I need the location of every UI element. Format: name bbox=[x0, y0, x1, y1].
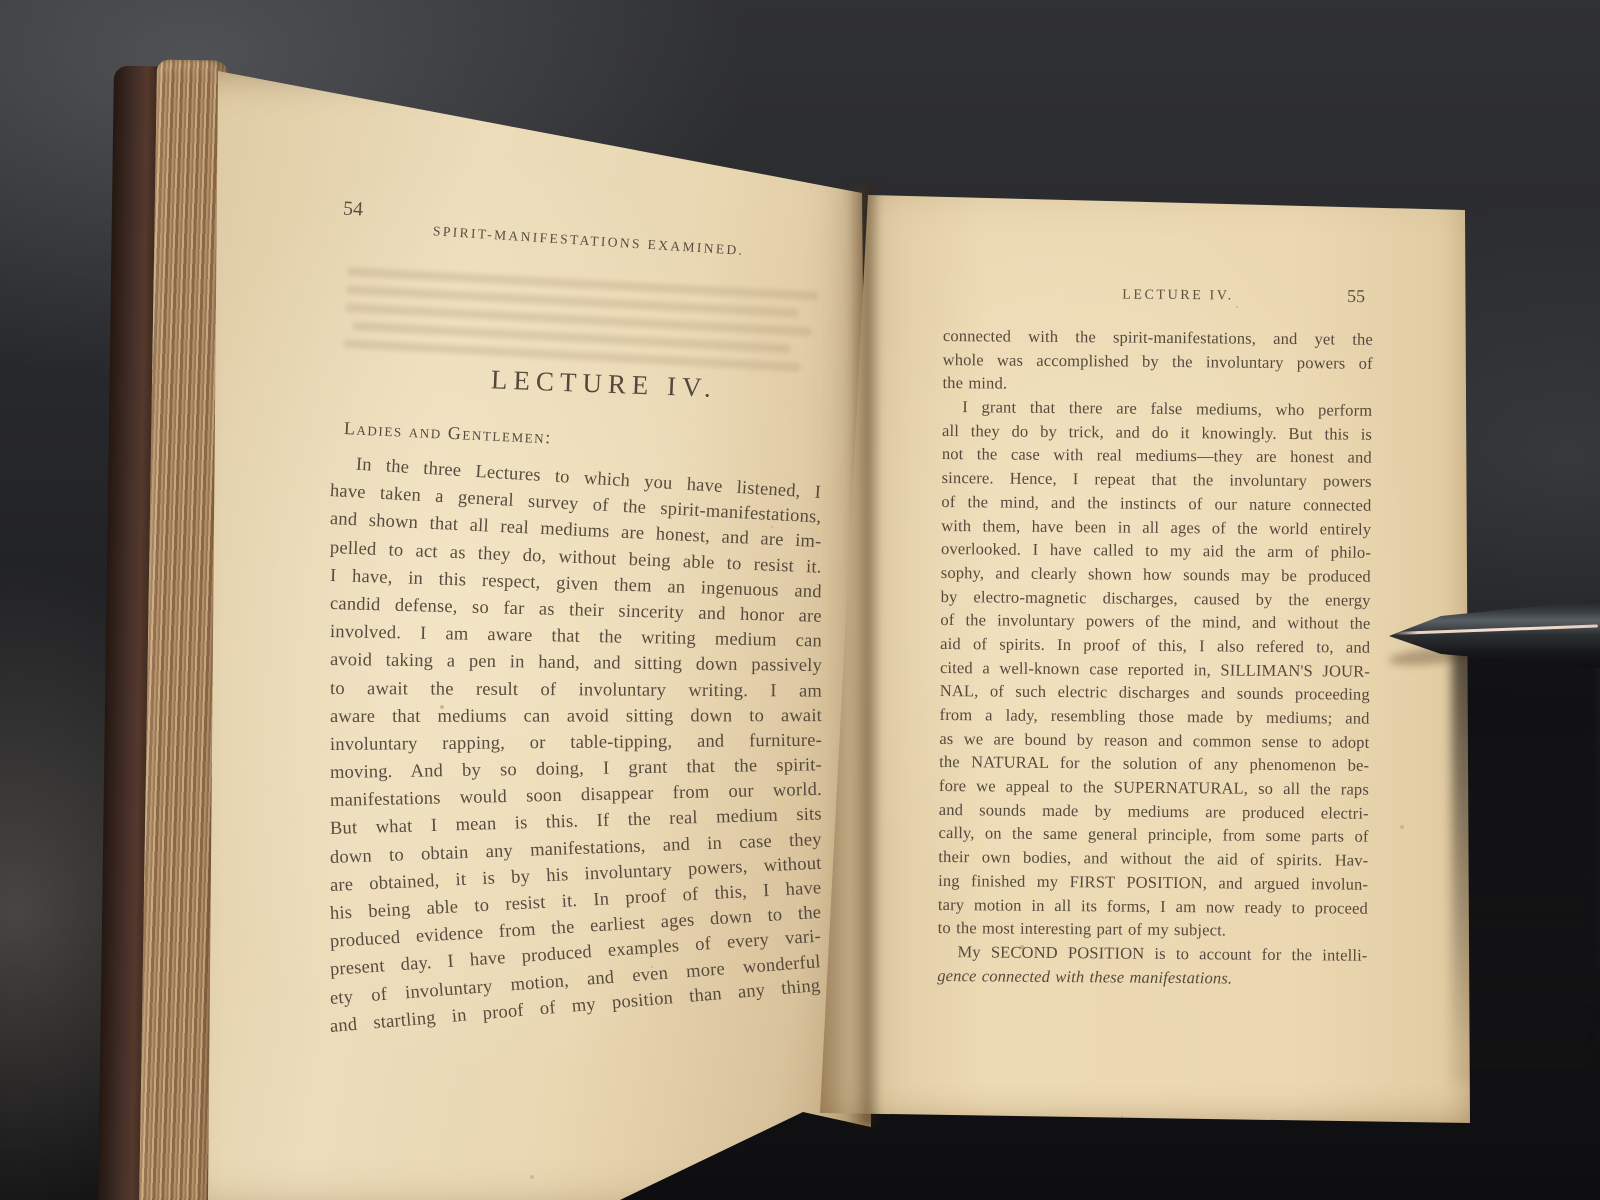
book-photo-scene: 54 SPIRIT-MANIFESTATIONS EXAMINED. LECTU… bbox=[0, 0, 1600, 1200]
page-left-54: 54 SPIRIT-MANIFESTATIONS EXAMINED. LECTU… bbox=[200, 65, 876, 1200]
show-through-text bbox=[343, 267, 819, 382]
page-number: 55 bbox=[1347, 286, 1365, 307]
page-number: 54 bbox=[342, 197, 363, 221]
text-line: to await the result of involuntary writi… bbox=[330, 675, 822, 706]
body-text-right: connected with the spirit-manifestations… bbox=[937, 324, 1373, 991]
running-head: LECTURE IV. bbox=[1113, 287, 1243, 304]
page-right-55: LECTURE IV. 55 connected with the spirit… bbox=[815, 190, 1475, 1130]
paper-speckle bbox=[1020, 945, 1024, 949]
text-line: gence connected with these manifestation… bbox=[937, 964, 1367, 991]
pen-shadow bbox=[1452, 642, 1600, 1082]
body-text-left: In the three Lectures to which you have … bbox=[330, 449, 822, 1041]
pen-highlight bbox=[1393, 624, 1598, 634]
running-head: SPIRIT-MANIFESTATIONS EXAMINED. bbox=[427, 223, 749, 259]
salutation: Ladies and Gentlemen: bbox=[344, 418, 553, 448]
paper-speckle bbox=[440, 705, 444, 709]
